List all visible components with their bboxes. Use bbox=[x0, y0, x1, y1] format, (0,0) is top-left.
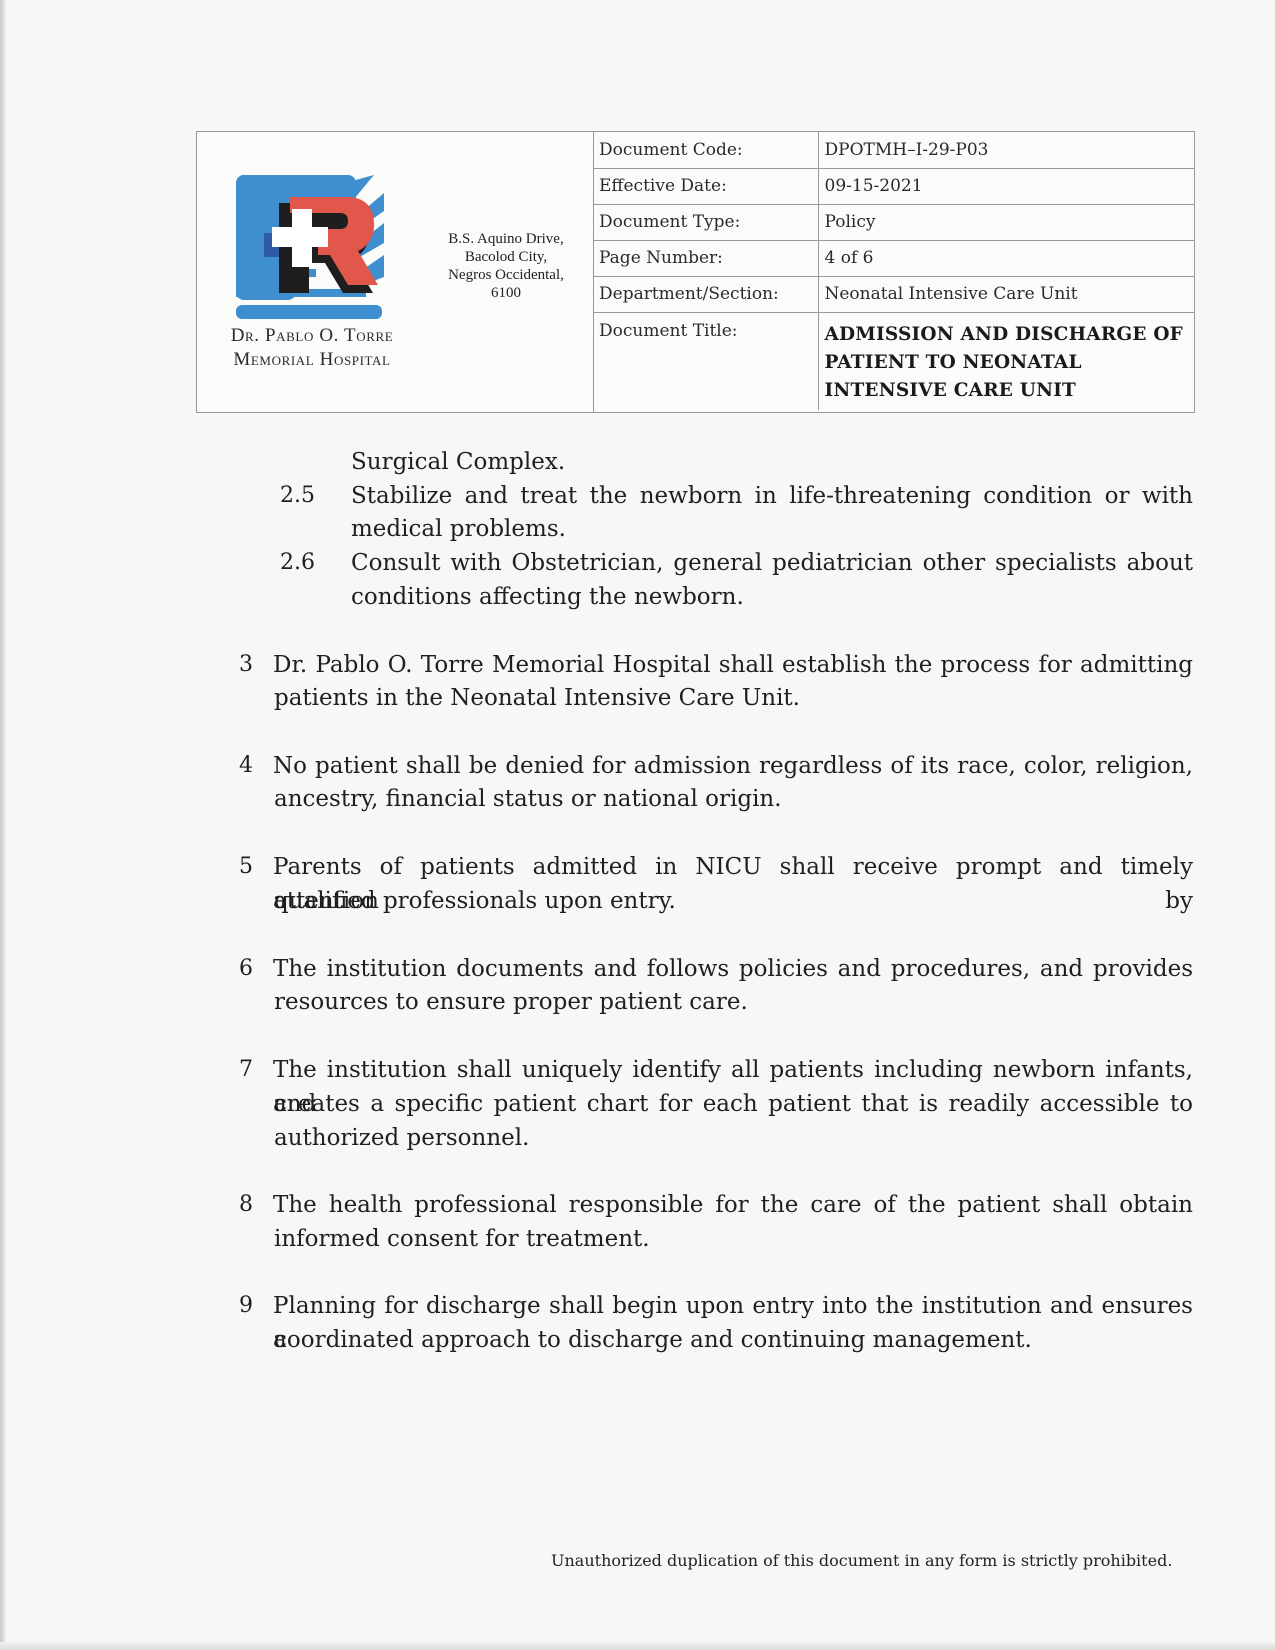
item-number: 8 bbox=[239, 1188, 253, 1222]
meta-value: 4 of 6 bbox=[818, 240, 1194, 276]
item-text: patients in the Neonatal Intensive Care … bbox=[274, 681, 800, 715]
item-text: coordinated approach to discharge and co… bbox=[274, 1323, 1032, 1357]
hospital-name: Dr. Pablo O. Torre Memorial Hospital bbox=[203, 324, 421, 372]
subitem-text: medical problems. bbox=[351, 512, 566, 546]
meta-value: Neonatal Intensive Care Unit bbox=[818, 276, 1194, 312]
meta-label: Effective Date: bbox=[593, 168, 818, 204]
item-text: The institution documents and follows po… bbox=[273, 952, 1193, 986]
hospital-name-line2: Memorial Hospital bbox=[203, 348, 421, 372]
item-text: resources to ensure proper patient care. bbox=[274, 985, 748, 1019]
address-line: Bacolod City, bbox=[421, 248, 591, 266]
footer-notice: Unauthorized duplication of this documen… bbox=[551, 1551, 1172, 1570]
meta-row-document-type: Document Type: Policy bbox=[593, 204, 1194, 240]
meta-value: 09-15-2021 bbox=[818, 168, 1194, 204]
document-title-line: ADMISSION AND DISCHARGE OF bbox=[825, 321, 1189, 349]
meta-row-document-code: Document Code: DPOTMH–I-29-P03 bbox=[593, 132, 1194, 168]
item-text: ancestry, financial status or national o… bbox=[274, 782, 782, 816]
item-text: No patient shall be denied for admission… bbox=[273, 749, 1193, 783]
item-text: creates a specific patient chart for eac… bbox=[274, 1087, 1193, 1121]
document-header: Dr. Pablo O. Torre Memorial Hospital B.S… bbox=[196, 131, 1195, 413]
subitem-number: 2.6 bbox=[280, 546, 315, 580]
item-text: Dr. Pablo O. Torre Memorial Hospital sha… bbox=[273, 648, 1193, 682]
address-line: 6100 bbox=[421, 284, 591, 302]
item-text: informed consent for treatment. bbox=[274, 1222, 650, 1256]
meta-row-document-title: Document Title: ADMISSION AND DISCHARGE … bbox=[593, 312, 1194, 410]
item-number: 3 bbox=[239, 648, 253, 682]
document-title: ADMISSION AND DISCHARGE OF PATIENT TO NE… bbox=[818, 312, 1194, 410]
continuation-text: Surgical Complex. bbox=[351, 445, 565, 479]
subitem-number: 2.5 bbox=[280, 479, 315, 513]
meta-label: Page Number: bbox=[593, 240, 818, 276]
meta-label: Document Type: bbox=[593, 204, 818, 240]
logo-cell: Dr. Pablo O. Torre Memorial Hospital B.S… bbox=[197, 132, 594, 412]
document-title-line: PATIENT TO NEONATAL bbox=[825, 349, 1189, 377]
item-text: The health professional responsible for … bbox=[273, 1188, 1193, 1222]
item-number: 7 bbox=[239, 1053, 253, 1087]
item-number: 6 bbox=[239, 952, 253, 986]
item-number: 4 bbox=[239, 749, 253, 783]
scan-edge-bottom bbox=[0, 1642, 1275, 1650]
subitem-text: conditions affecting the newborn. bbox=[351, 580, 744, 614]
hospital-name-line1: Dr. Pablo O. Torre bbox=[203, 324, 421, 348]
meta-row-page-number: Page Number: 4 of 6 bbox=[593, 240, 1194, 276]
meta-row-effective-date: Effective Date: 09-15-2021 bbox=[593, 168, 1194, 204]
item-text: qualified professionals upon entry. bbox=[274, 884, 676, 918]
hospital-logo-icon bbox=[234, 173, 388, 321]
scan-edge bbox=[0, 0, 6, 1650]
meta-value: Policy bbox=[818, 204, 1194, 240]
item-number: 5 bbox=[239, 850, 253, 884]
subitem-text: Consult with Obstetrician, general pedia… bbox=[351, 546, 1193, 580]
hospital-address: B.S. Aquino Drive, Bacolod City, Negros … bbox=[421, 230, 591, 302]
item-text: authorized personnel. bbox=[274, 1121, 529, 1155]
address-line: B.S. Aquino Drive, bbox=[421, 230, 591, 248]
document-title-line: INTENSIVE CARE UNIT bbox=[825, 377, 1189, 405]
subitem-text: Stabilize and treat the newborn in life-… bbox=[351, 479, 1193, 513]
meta-row-department: Department/Section: Neonatal Intensive C… bbox=[593, 276, 1194, 312]
meta-label: Document Title: bbox=[593, 312, 818, 410]
meta-value: DPOTMH–I-29-P03 bbox=[818, 132, 1194, 168]
document-meta-table: Document Code: DPOTMH–I-29-P03 Effective… bbox=[593, 132, 1194, 410]
address-line: Negros Occidental, bbox=[421, 266, 591, 284]
meta-label: Department/Section: bbox=[593, 276, 818, 312]
meta-label: Document Code: bbox=[593, 132, 818, 168]
item-number: 9 bbox=[239, 1289, 253, 1323]
